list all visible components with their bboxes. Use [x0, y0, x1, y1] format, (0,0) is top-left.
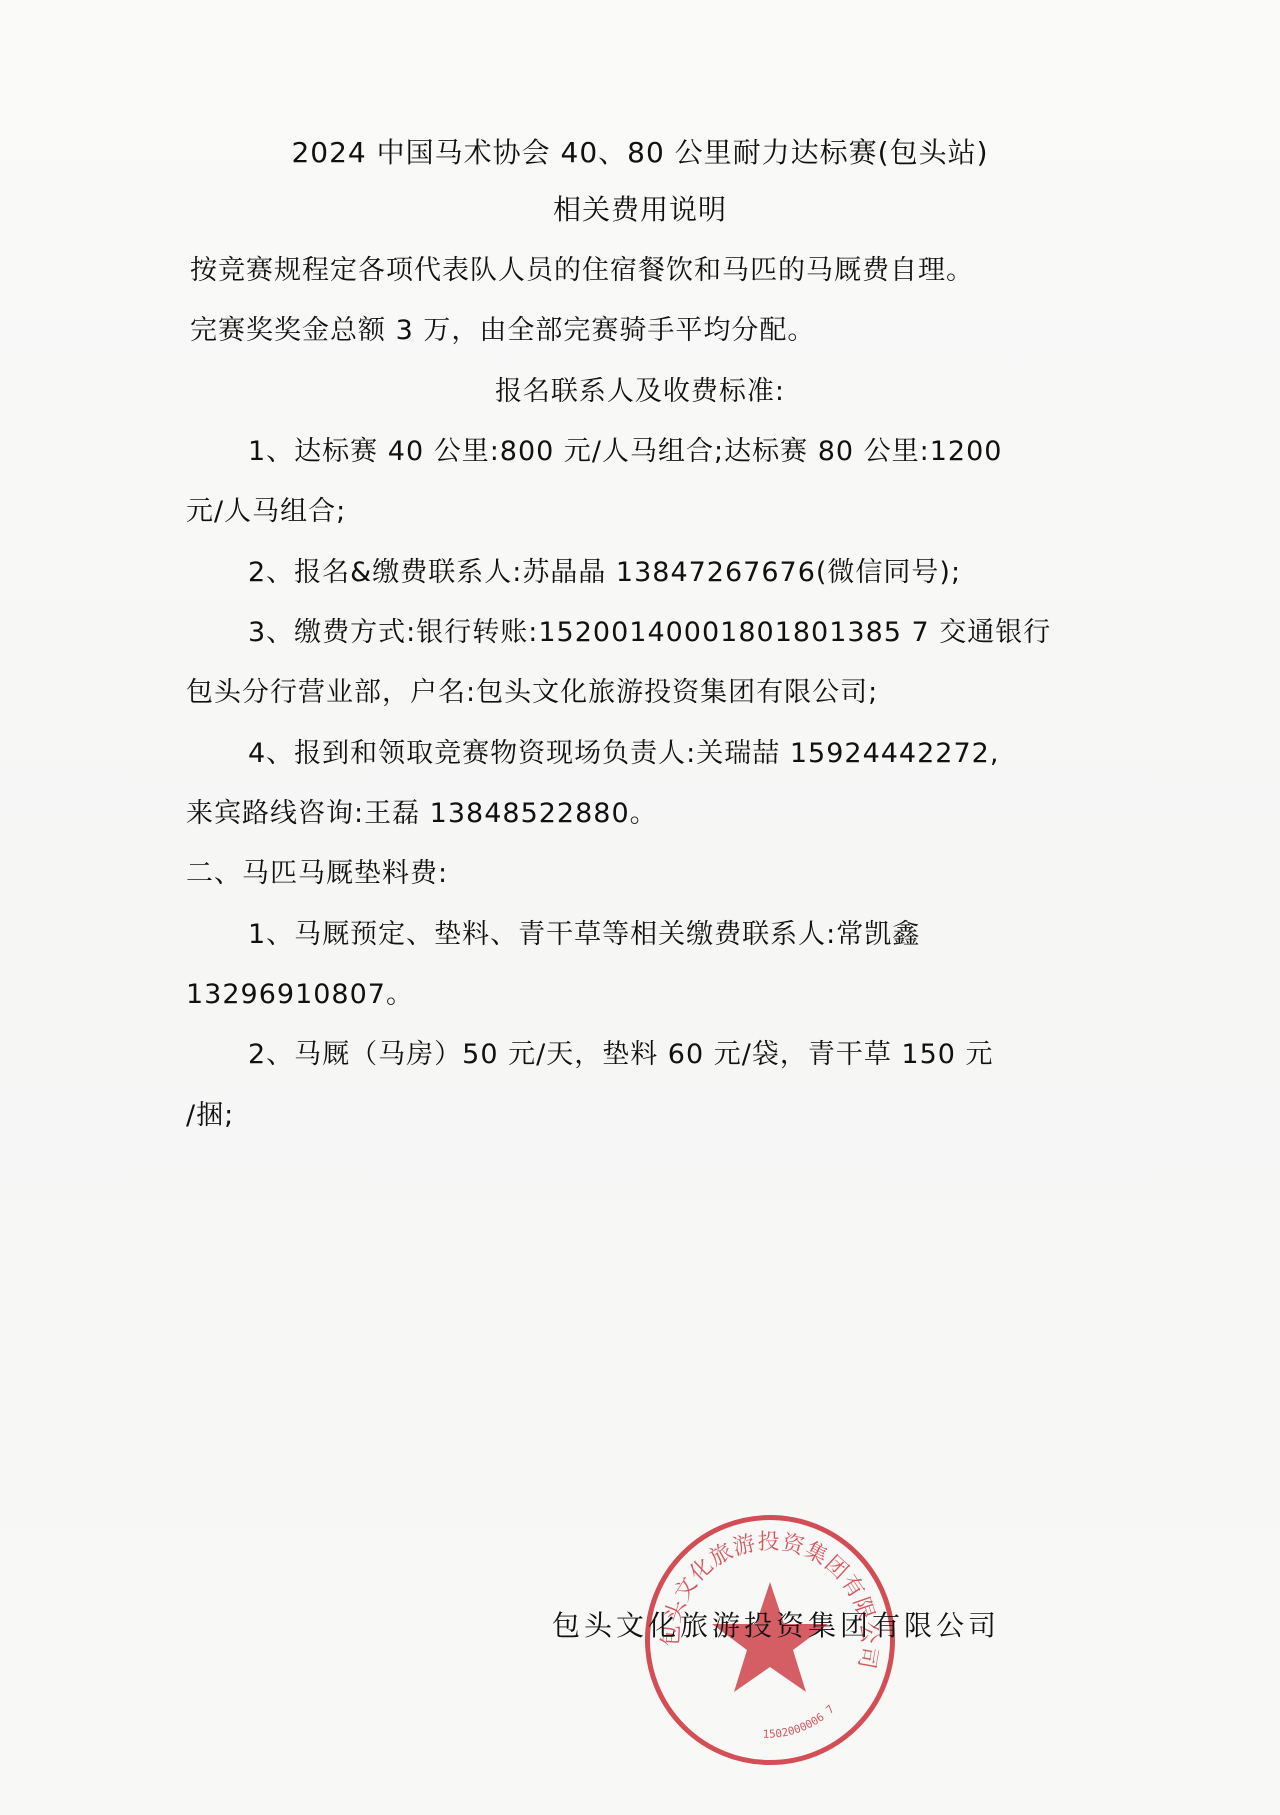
- registration-item-3-line-2: 包头分行营业部，户名:包头文化旅游投资集团有限公司;: [186, 675, 878, 711]
- registration-item-4-line-1: 4、报到和领取竞赛物资现场负责人:关瑞喆 15924442272,: [248, 736, 999, 772]
- stable-heading: 二、马匹马厩垫料费:: [186, 856, 448, 892]
- document-page: 2024 中国马术协会 40、80 公里耐力达标赛(包头站) 相关费用说明 按竞…: [0, 0, 1280, 1815]
- stable-item-2-line-2: /捆;: [186, 1098, 234, 1134]
- document-subtitle: 相关费用说明: [0, 192, 1280, 228]
- registration-item-1-line-1: 1、达标赛 40 公里:800 元/人马组合;达标赛 80 公里:1200: [248, 434, 1002, 470]
- stable-item-1-line-2: 13296910807。: [186, 977, 414, 1013]
- intro-paragraph-2: 完赛奖奖金总额 3 万，由全部完赛骑手平均分配。: [190, 313, 815, 349]
- stable-item-2-line-1: 2、马厩（马房）50 元/天，垫料 60 元/袋，青干草 150 元: [248, 1037, 994, 1073]
- stable-item-1-line-1: 1、马厩预定、垫料、青干草等相关缴费联系人:常凯鑫: [248, 917, 920, 953]
- registration-item-4-line-2: 来宾路线咨询:王磊 13848522880。: [186, 796, 658, 832]
- registration-item-1-line-2: 元/人马组合;: [186, 494, 346, 530]
- document-title: 2024 中国马术协会 40、80 公里耐力达标赛(包头站): [0, 135, 1280, 171]
- seal-number: 1502000006 7: [763, 1703, 837, 1741]
- issuer-signature: 包头文化旅游投资集团有限公司: [552, 1608, 1000, 1644]
- intro-paragraph-1: 按竞赛规程定各项代表队人员的住宿餐饮和马匹的马厩费自理。: [190, 253, 974, 289]
- registration-item-3-line-1: 3、缴费方式:银行转账:15200140001801801385 7 交通银行: [248, 615, 1051, 651]
- registration-item-2: 2、报名&缴费联系人:苏晶晶 13847267676(微信同号);: [248, 555, 961, 591]
- registration-heading: 报名联系人及收费标准:: [0, 374, 1280, 410]
